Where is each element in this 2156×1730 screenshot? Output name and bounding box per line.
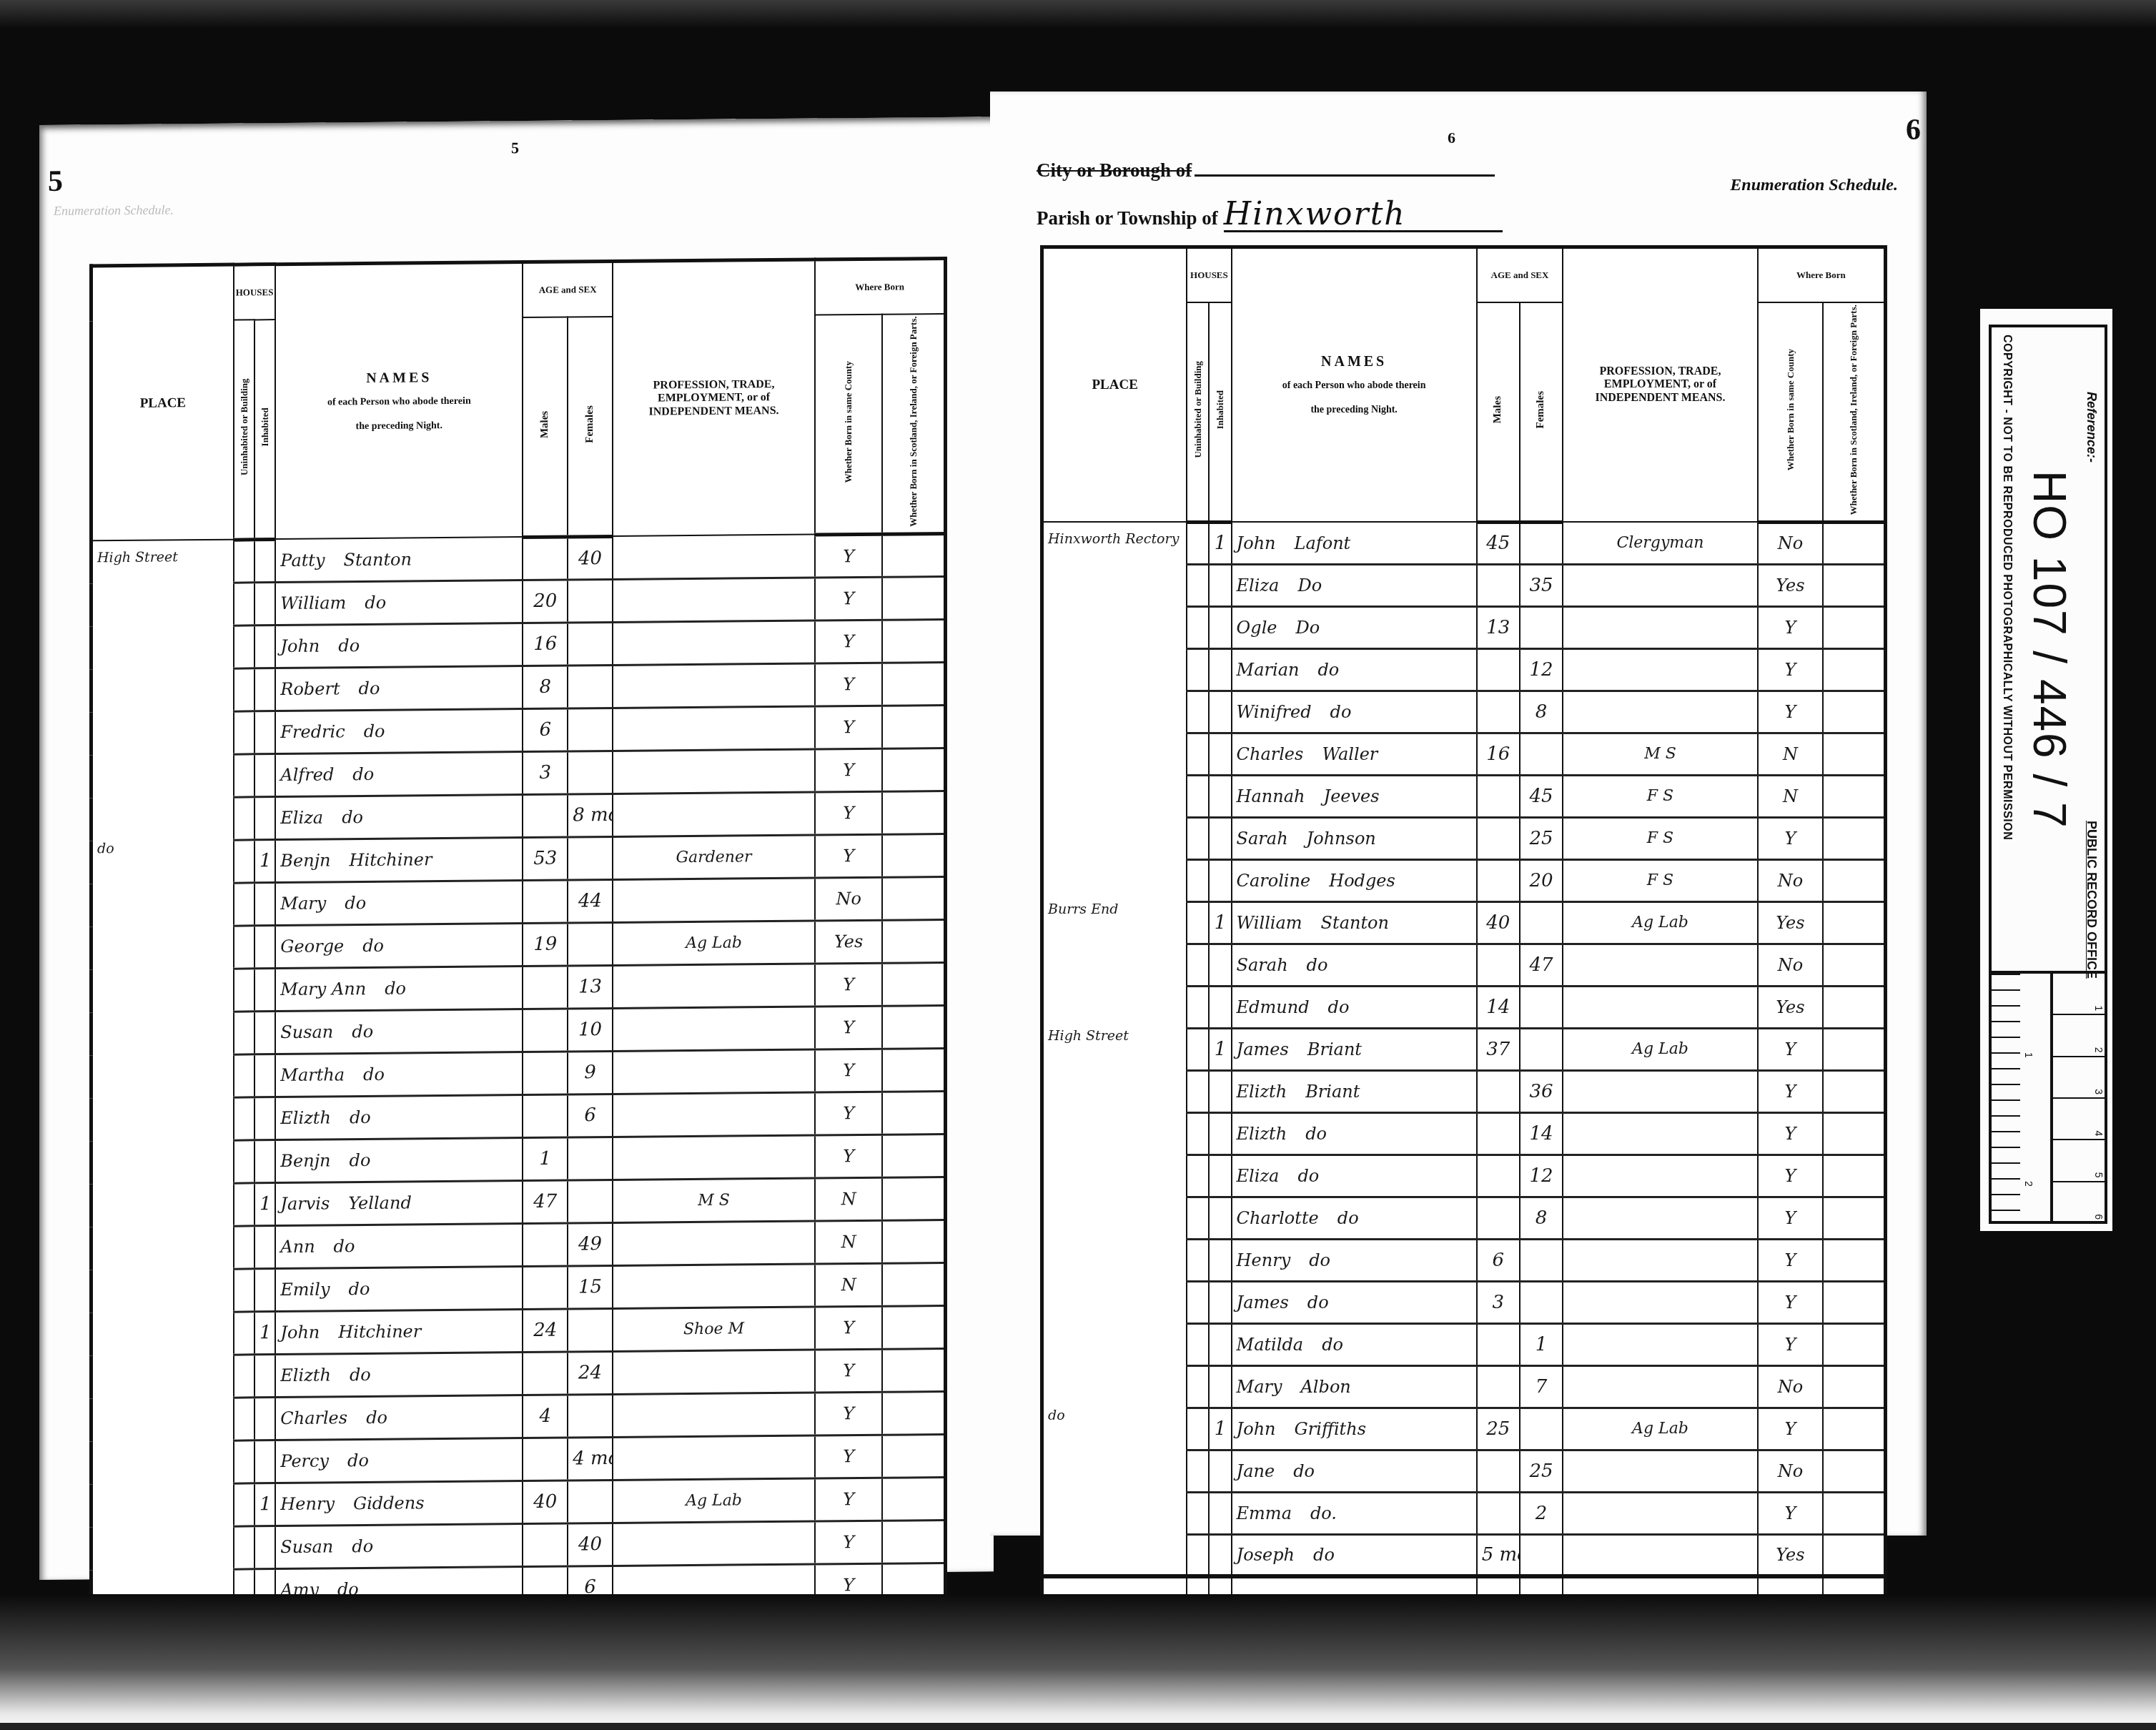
first-name: Eliza bbox=[1237, 1166, 1280, 1186]
males-age-cell: 3 bbox=[523, 751, 568, 795]
surname: Albon bbox=[1301, 1377, 1351, 1397]
surname: do bbox=[349, 1279, 370, 1299]
header-where-born: Where Born bbox=[815, 258, 945, 315]
uninhabited-cell bbox=[1187, 522, 1209, 564]
name-cell: Williamdo bbox=[275, 580, 523, 625]
females-age-cell: 8 bbox=[1520, 1197, 1563, 1239]
place-cell bbox=[92, 711, 234, 756]
table-row: Emilydo15N bbox=[92, 1262, 946, 1313]
first-name: Mary bbox=[280, 894, 326, 914]
first-name: Elizth bbox=[1237, 1082, 1287, 1102]
inhabited-cell bbox=[254, 1440, 275, 1483]
first-name: Mary Ann bbox=[280, 979, 366, 999]
profession-cell: Gardener bbox=[613, 835, 815, 879]
surname: do bbox=[345, 893, 366, 913]
first-name: Joseph bbox=[1237, 1545, 1295, 1565]
header-born-same-county: Whether Born in same County bbox=[1758, 302, 1823, 522]
born-elsewhere-cell bbox=[882, 834, 945, 877]
born-elsewhere-cell bbox=[882, 1391, 945, 1435]
table-row: Hinxworth Rectory1JohnLafont45ClergymanN… bbox=[1042, 522, 1886, 564]
born-same-county-cell: Yes bbox=[1758, 901, 1823, 944]
table-row: Matildado1Y bbox=[1042, 1323, 1886, 1365]
females-age-cell bbox=[1520, 901, 1563, 944]
first-name: Robert bbox=[280, 679, 340, 700]
uninhabited-cell bbox=[1187, 733, 1209, 775]
table-row: Elizado12Y bbox=[1042, 1155, 1886, 1197]
place-cell bbox=[1042, 564, 1187, 606]
place-cell: High Street bbox=[92, 540, 234, 584]
name-cell: Janedo bbox=[1232, 1450, 1477, 1492]
header-names: NAMES of each Person who abode therein t… bbox=[275, 262, 523, 540]
males-age-cell bbox=[523, 1352, 568, 1395]
header-born-same-county: Whether Born in same County bbox=[815, 315, 882, 535]
profession-cell bbox=[1563, 1112, 1757, 1155]
place-cell bbox=[92, 1140, 234, 1185]
place-cell bbox=[92, 1226, 234, 1270]
place-cell bbox=[92, 1483, 234, 1528]
females-age-cell: 12 bbox=[1520, 648, 1563, 691]
inhabited-cell bbox=[1209, 1239, 1231, 1281]
born-same-county-cell: Y bbox=[1758, 1323, 1823, 1365]
first-name: John bbox=[280, 1323, 320, 1343]
header-females: Females bbox=[1520, 302, 1563, 522]
first-name: Elizth bbox=[280, 1365, 331, 1386]
profession-cell bbox=[613, 1350, 815, 1394]
inhabited-cell bbox=[1209, 1112, 1231, 1155]
born-elsewhere-cell bbox=[882, 1262, 945, 1306]
females-age-cell: 10 bbox=[568, 1008, 613, 1052]
table-row: do1JohnGriffiths25Ag LabY bbox=[1042, 1408, 1886, 1450]
header-uninhabited: Uninhabited or Building bbox=[1187, 302, 1209, 522]
born-same-county-cell: No bbox=[1758, 1365, 1823, 1408]
inhabited-cell bbox=[1209, 1070, 1231, 1112]
name-cell: ElizaDo bbox=[1232, 564, 1477, 606]
table-row: Burrs End1WilliamStanton40Ag LabYes bbox=[1042, 901, 1886, 944]
uninhabited-cell bbox=[234, 1440, 254, 1483]
first-name: Benjn bbox=[280, 851, 330, 871]
inhabited-cell bbox=[254, 968, 275, 1011]
profession-cell bbox=[613, 706, 815, 751]
born-elsewhere-cell bbox=[882, 1305, 945, 1349]
right-page-number: 6 bbox=[1448, 129, 1455, 147]
born-same-county-cell: Y bbox=[1758, 1281, 1823, 1323]
born-same-county-cell: Y bbox=[1758, 1239, 1823, 1281]
place-cell bbox=[1042, 1365, 1187, 1408]
uninhabited-cell bbox=[1187, 1534, 1209, 1576]
males-age-cell: 24 bbox=[523, 1309, 568, 1353]
table-row: Josephdo5 monthsYes bbox=[1042, 1534, 1886, 1576]
name-cell: Matildado bbox=[1232, 1323, 1477, 1365]
table-row: MaryAlbon7No bbox=[1042, 1365, 1886, 1408]
uninhabited-cell bbox=[234, 1097, 254, 1140]
uninhabited-cell bbox=[234, 1140, 254, 1183]
name-cell: Anndo bbox=[275, 1223, 523, 1268]
place-cell bbox=[92, 1012, 234, 1056]
females-age-cell: 13 bbox=[568, 965, 613, 1009]
males-age-cell: 19 bbox=[523, 923, 568, 967]
header-place: PLACE bbox=[92, 265, 234, 541]
first-name: Edmund bbox=[1237, 997, 1310, 1017]
name-cell: Georgedo bbox=[275, 923, 523, 968]
profession-cell bbox=[1563, 1281, 1757, 1323]
profession-cell bbox=[613, 535, 815, 579]
profession-cell bbox=[613, 1393, 815, 1437]
table-row: ElizthBriant36Y bbox=[1042, 1070, 1886, 1112]
first-name: Elizth bbox=[280, 1108, 331, 1129]
uninhabited-cell bbox=[234, 1226, 254, 1269]
inhabited-cell bbox=[1209, 859, 1231, 901]
born-same-county-cell: Y bbox=[815, 1478, 882, 1521]
born-same-county-cell: No bbox=[1758, 1450, 1823, 1492]
first-name: James bbox=[1237, 1039, 1289, 1059]
scan-top-edge bbox=[0, 0, 2156, 29]
first-name: Marian bbox=[1237, 660, 1300, 680]
males-age-cell bbox=[523, 794, 568, 838]
inhabited-cell bbox=[1209, 733, 1231, 775]
uninhabited-cell bbox=[1187, 901, 1209, 944]
born-elsewhere-cell bbox=[1823, 986, 1885, 1028]
name-cell: ElizthBriant bbox=[1232, 1070, 1477, 1112]
first-name: Caroline bbox=[1237, 871, 1311, 891]
surname: do bbox=[359, 678, 380, 698]
profession-cell: M S bbox=[613, 1178, 815, 1222]
profession-cell bbox=[613, 578, 815, 622]
place-cell: Burrs End bbox=[1042, 901, 1187, 944]
males-age-cell bbox=[523, 537, 568, 580]
place-cell bbox=[1042, 1112, 1187, 1155]
uninhabited-cell bbox=[1187, 775, 1209, 817]
header-names-sub2: the preceding Night. bbox=[1234, 405, 1475, 416]
table-row: CharlesWaller16M SN bbox=[1042, 733, 1886, 775]
first-name: Fredric bbox=[280, 722, 345, 743]
uninhabited-cell bbox=[1187, 944, 1209, 986]
table-row: Charlottedo8Y bbox=[1042, 1197, 1886, 1239]
place-cell bbox=[92, 1355, 234, 1399]
uninhabited-cell bbox=[234, 1012, 254, 1054]
born-elsewhere-cell bbox=[882, 705, 945, 748]
uninhabited-cell bbox=[1187, 986, 1209, 1028]
profession-cell: Clergyman bbox=[1563, 522, 1757, 564]
uninhabited-cell bbox=[1187, 1028, 1209, 1070]
header-born-elsewhere: Whether Born in Scotland, Ireland, or Fo… bbox=[1823, 302, 1885, 522]
born-elsewhere-cell bbox=[882, 791, 945, 834]
name-cell: HenryGiddens bbox=[275, 1481, 523, 1526]
first-name: Sarah bbox=[1237, 829, 1288, 849]
surname: do bbox=[1330, 702, 1352, 722]
females-age-cell bbox=[568, 1137, 613, 1180]
surname: Griffiths bbox=[1295, 1419, 1366, 1439]
place-cell: do bbox=[1042, 1408, 1187, 1450]
born-same-county-cell: Y bbox=[815, 1049, 882, 1092]
females-age-cell: 40 bbox=[568, 536, 613, 580]
name-cell: Mary Anndo bbox=[275, 966, 523, 1011]
females-age-cell bbox=[568, 708, 613, 751]
first-name: Henry bbox=[280, 1494, 335, 1515]
profession-cell bbox=[613, 1049, 815, 1094]
born-same-county-cell: Y bbox=[1758, 817, 1823, 859]
name-cell: Elizthdo bbox=[275, 1352, 523, 1397]
males-age-cell bbox=[1477, 817, 1520, 859]
females-age-cell: 24 bbox=[568, 1351, 613, 1395]
reference-number: HO 107 / 446 / 7 bbox=[2023, 470, 2076, 829]
males-age-cell bbox=[1477, 691, 1520, 733]
place-cell bbox=[92, 969, 234, 1013]
surname: do bbox=[363, 1064, 385, 1084]
surname: Jeeves bbox=[1324, 786, 1380, 806]
profession-cell bbox=[613, 964, 815, 1008]
males-age-cell: 13 bbox=[1477, 606, 1520, 648]
males-age-cell bbox=[1477, 1155, 1520, 1197]
females-age-cell bbox=[568, 665, 613, 708]
inhabited-cell bbox=[254, 1140, 275, 1182]
uninhabited-cell bbox=[234, 1312, 254, 1355]
females-age-cell bbox=[568, 1180, 613, 1223]
females-age-cell: 40 bbox=[568, 1523, 613, 1566]
name-cell: Henrydo bbox=[1232, 1239, 1477, 1281]
header-houses: HOUSES bbox=[234, 265, 276, 320]
inhabited-cell: 1 bbox=[254, 1182, 275, 1225]
name-cell: CharlesWaller bbox=[1232, 733, 1477, 775]
born-same-county-cell: Y bbox=[815, 1135, 882, 1178]
table-row: HannahJeeves45F SN bbox=[1042, 775, 1886, 817]
surname: do bbox=[1293, 1461, 1315, 1481]
table-row: Elizthdo14Y bbox=[1042, 1112, 1886, 1155]
inhabited-cell bbox=[254, 711, 275, 753]
females-age-cell: 7 bbox=[1520, 1365, 1563, 1408]
inhabited-cell bbox=[254, 796, 275, 839]
enumeration-schedule-label: Enumeration Schedule. bbox=[1730, 176, 1898, 195]
table-row: Georgedo19Ag LabYes bbox=[92, 919, 946, 969]
place-cell bbox=[92, 1054, 234, 1099]
surname: Do bbox=[1297, 575, 1322, 595]
inhabited-cell: 1 bbox=[1209, 522, 1231, 564]
first-name: Winifred bbox=[1237, 702, 1312, 722]
first-name: Martha bbox=[280, 1065, 345, 1086]
reference-label: Reference:- bbox=[2084, 392, 2099, 463]
uninhabited-cell bbox=[1187, 1197, 1209, 1239]
males-age-cell bbox=[1477, 1323, 1520, 1365]
copyright-notice: COPYRIGHT - NOT TO BE REPRODUCED PHOTOGR… bbox=[2000, 335, 2013, 840]
first-name: James bbox=[1237, 1292, 1289, 1313]
surname: Waller bbox=[1322, 744, 1378, 764]
surname: do bbox=[1297, 1166, 1319, 1186]
born-same-county-cell: Y bbox=[1758, 606, 1823, 648]
surname: do bbox=[1305, 1124, 1327, 1144]
males-age-cell bbox=[1477, 1070, 1520, 1112]
table-row: Williamdo20Y bbox=[92, 576, 946, 626]
name-cell: Susando bbox=[275, 1009, 523, 1054]
place-cell: do bbox=[92, 840, 234, 884]
name-cell: CarolineHodges bbox=[1232, 859, 1477, 901]
table-row: Henrydo6Y bbox=[1042, 1239, 1886, 1281]
uninhabited-cell bbox=[1187, 817, 1209, 859]
header-names-title: NAMES bbox=[277, 369, 520, 387]
males-age-cell: 40 bbox=[523, 1481, 568, 1524]
place-cell bbox=[1042, 775, 1187, 817]
first-name: Hannah bbox=[1237, 786, 1305, 806]
born-same-county-cell: N bbox=[815, 1220, 882, 1264]
born-elsewhere-cell bbox=[882, 533, 945, 577]
place-cell bbox=[92, 1312, 234, 1356]
uninhabited-cell bbox=[234, 883, 254, 926]
uninhabited-cell bbox=[1187, 1365, 1209, 1408]
uninhabited-cell bbox=[1187, 1323, 1209, 1365]
first-name: Jarvis bbox=[280, 1194, 330, 1215]
table-row: High StreetPattyStanton40Y bbox=[92, 533, 946, 583]
surname: do bbox=[1322, 1335, 1343, 1355]
table-row: High Street1JamesBriant37Ag LabY bbox=[1042, 1028, 1886, 1070]
profession-cell bbox=[1563, 1239, 1757, 1281]
first-name: John bbox=[280, 636, 320, 656]
born-same-county-cell: N bbox=[1758, 775, 1823, 817]
name-cell: Elizthdo bbox=[1232, 1112, 1477, 1155]
inhabited-cell bbox=[254, 1268, 275, 1311]
uninhabited-cell bbox=[1187, 1155, 1209, 1197]
males-age-cell: 53 bbox=[523, 837, 568, 881]
profession-cell bbox=[1563, 1450, 1757, 1492]
born-elsewhere-cell bbox=[1823, 691, 1885, 733]
males-age-cell bbox=[1477, 1197, 1520, 1239]
males-age-cell: 6 bbox=[1477, 1239, 1520, 1281]
header-houses: HOUSES bbox=[1187, 247, 1231, 303]
born-elsewhere-cell bbox=[882, 1091, 945, 1135]
place-cell bbox=[1042, 986, 1187, 1028]
name-cell: PattyStanton bbox=[275, 537, 523, 582]
profession-cell: Ag Lab bbox=[1563, 901, 1757, 944]
born-elsewhere-cell bbox=[882, 962, 945, 1006]
males-age-cell: 3 bbox=[1477, 1281, 1520, 1323]
profession-cell bbox=[613, 1221, 815, 1265]
inhabited-cell: 1 bbox=[254, 839, 275, 882]
born-elsewhere-cell bbox=[1823, 1070, 1885, 1112]
surname: do bbox=[1337, 1208, 1359, 1228]
born-same-county-cell: Y bbox=[815, 963, 882, 1007]
table-row: Johndo16Y bbox=[92, 619, 946, 669]
born-elsewhere-cell bbox=[1823, 1492, 1885, 1534]
header-age-sex: AGE and SEX bbox=[523, 262, 613, 318]
profession-cell bbox=[1563, 606, 1757, 648]
profession-cell bbox=[1563, 1323, 1757, 1365]
table-row: ElizaDo35Yes bbox=[1042, 564, 1886, 606]
inhabited-cell bbox=[254, 625, 275, 668]
header-born-elsewhere: Whether Born in Scotland, Ireland, or Fo… bbox=[882, 314, 945, 534]
header-where-born: Where Born bbox=[1758, 247, 1886, 303]
place-cell bbox=[92, 583, 234, 627]
header-names-sub1: of each Person who abode therein bbox=[1234, 380, 1475, 392]
table-row: Benjndo1Y bbox=[92, 1134, 946, 1184]
place-cell bbox=[92, 754, 234, 799]
born-same-county-cell: Y bbox=[815, 706, 882, 749]
inhabited-cell: 1 bbox=[1209, 1028, 1231, 1070]
name-cell: Winifreddo bbox=[1232, 691, 1477, 733]
scan-bottom-edge bbox=[0, 1594, 2156, 1730]
profession-cell bbox=[613, 621, 815, 665]
born-same-county-cell: Yes bbox=[815, 920, 882, 964]
females-age-cell bbox=[1520, 1239, 1563, 1281]
first-name: George bbox=[280, 936, 344, 957]
place-cell bbox=[1042, 817, 1187, 859]
table-row: 1HenryGiddens40Ag LabY bbox=[92, 1477, 946, 1527]
table-row: Mariando12Y bbox=[1042, 648, 1886, 691]
males-age-cell: 8 bbox=[523, 666, 568, 709]
name-cell: Alfreddo bbox=[275, 751, 523, 796]
surname: Johnson bbox=[1307, 829, 1376, 849]
profession-cell: Ag Lab bbox=[613, 921, 815, 965]
first-name: William bbox=[280, 593, 346, 614]
inhabited-cell bbox=[254, 1097, 275, 1140]
inhabited-cell bbox=[1209, 1492, 1231, 1534]
name-cell: JohnGriffiths bbox=[1232, 1408, 1477, 1450]
table-row: CarolineHodges20F SNo bbox=[1042, 859, 1886, 901]
males-age-cell bbox=[1477, 564, 1520, 606]
surname: Stanton bbox=[1321, 913, 1389, 933]
inhabited-cell bbox=[254, 753, 275, 796]
surname: do bbox=[347, 1450, 369, 1470]
males-age-cell: 40 bbox=[1477, 901, 1520, 944]
header-males: Males bbox=[1477, 302, 1520, 522]
males-age-cell: 16 bbox=[523, 623, 568, 666]
surname: do bbox=[342, 807, 363, 827]
surname: do bbox=[350, 1365, 371, 1385]
table-row: Sarahdo47No bbox=[1042, 944, 1886, 986]
born-same-county-cell: Y bbox=[1758, 648, 1823, 691]
name-cell: Mariando bbox=[1232, 648, 1477, 691]
first-name: Mary bbox=[1237, 1377, 1282, 1397]
header-uninhabited: Uninhabited or Building bbox=[234, 320, 254, 540]
uninhabited-cell bbox=[1187, 1281, 1209, 1323]
inhabited-cell bbox=[254, 1354, 275, 1397]
profession-cell bbox=[613, 792, 815, 836]
name-cell: HannahJeeves bbox=[1232, 775, 1477, 817]
males-age-cell: 5 months bbox=[1477, 1534, 1520, 1576]
females-age-cell bbox=[568, 1480, 613, 1523]
females-age-cell bbox=[1520, 1408, 1563, 1450]
males-age-cell bbox=[523, 1094, 568, 1138]
uninhabited-cell bbox=[1187, 1112, 1209, 1155]
born-elsewhere-cell bbox=[1823, 733, 1885, 775]
uninhabited-cell bbox=[234, 969, 254, 1012]
table-row: Anndo49N bbox=[92, 1220, 946, 1270]
surname: do bbox=[1307, 955, 1328, 975]
table-row: Jamesdo3Y bbox=[1042, 1281, 1886, 1323]
place-cell bbox=[1042, 648, 1187, 691]
females-age-cell: 47 bbox=[1520, 944, 1563, 986]
surname: do bbox=[1313, 1545, 1335, 1565]
females-age-cell: 1 bbox=[1520, 1323, 1563, 1365]
born-same-county-cell: Y bbox=[1758, 1155, 1823, 1197]
born-same-county-cell: Y bbox=[815, 534, 882, 578]
profession-cell bbox=[1563, 1365, 1757, 1408]
born-same-county-cell: Y bbox=[1758, 1197, 1823, 1239]
place-cell bbox=[1042, 1534, 1187, 1576]
born-same-county-cell: No bbox=[1758, 944, 1823, 986]
name-cell: Robertdo bbox=[275, 666, 523, 711]
surname: Stanton bbox=[344, 550, 412, 570]
first-name: Patty bbox=[280, 550, 325, 571]
place-cell bbox=[1042, 691, 1187, 733]
born-elsewhere-cell bbox=[882, 748, 945, 791]
first-name: Ogle bbox=[1237, 618, 1277, 638]
left-page-number: 5 bbox=[511, 139, 519, 157]
uninhabited-cell bbox=[234, 1183, 254, 1226]
females-age-cell bbox=[1520, 606, 1563, 648]
surname: do bbox=[352, 764, 374, 784]
inhabited-cell bbox=[1209, 1281, 1231, 1323]
females-age-cell bbox=[568, 922, 613, 966]
table-row: Elizthdo24Y bbox=[92, 1348, 946, 1398]
born-elsewhere-cell bbox=[882, 1477, 945, 1521]
profession-cell: F S bbox=[1563, 859, 1757, 901]
